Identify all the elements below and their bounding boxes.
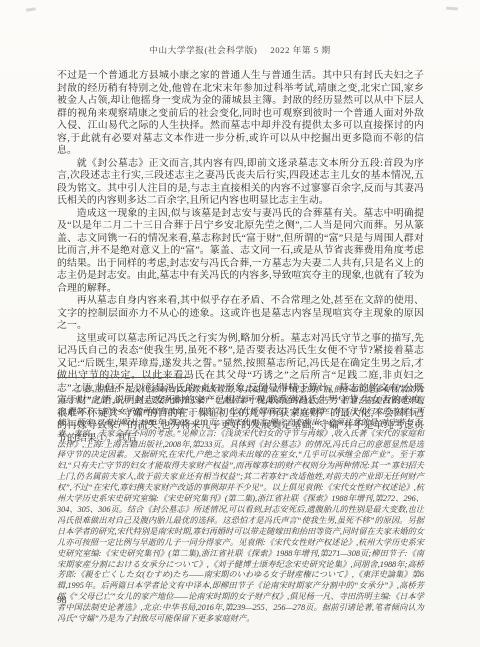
body-paragraph: 造成这一现象的主因,似与该墓是封志安与妻冯氏的合葬墓有关。墓志中明确提及“以是年… — [57, 208, 424, 296]
journal-title: 中山大学学报(社会科学版) — [149, 45, 257, 55]
page-number: 98 — [57, 595, 67, 606]
footnote-separator — [57, 377, 190, 378]
scan-artifact — [26, 7, 36, 11]
running-head: 中山大学学报(社会科学版)2022 年第 5 期 — [0, 44, 480, 56]
footnote-section: ① 彭卫指出:“在汉代,影响妇女再嫁和改嫁的,与其说是‘贞节’观念的扩展,倒不如… — [57, 385, 424, 625]
issue-info: 2022 年第 5 期 — [270, 45, 330, 55]
body-paragraph: 就《封公墓志》正文而言,其内容有四,即前文迻录墓志文本所分五段:首段为序言,次段… — [57, 158, 424, 208]
body-paragraph: 不过是一个普通北方县城小康之家的普通人生与普通生活。其中只有封氏夫妇之子封敔的经… — [57, 70, 424, 158]
body-paragraph: 再从墓志自身内容来看,其中似乎存在矛盾、不合常理之处,甚至在文辞的使用、文字的控… — [57, 295, 424, 333]
scan-artifact — [446, 6, 458, 10]
journal-page: 中山大学学报(社会科学版)2022 年第 5 期 不过是一个普通北方县城小康之家… — [0, 0, 480, 647]
footnote-1: ① 彭卫指出:“在汉代,影响妇女再嫁和改嫁的,与其说是‘贞节’观念的扩展,倒不如… — [57, 385, 424, 625]
